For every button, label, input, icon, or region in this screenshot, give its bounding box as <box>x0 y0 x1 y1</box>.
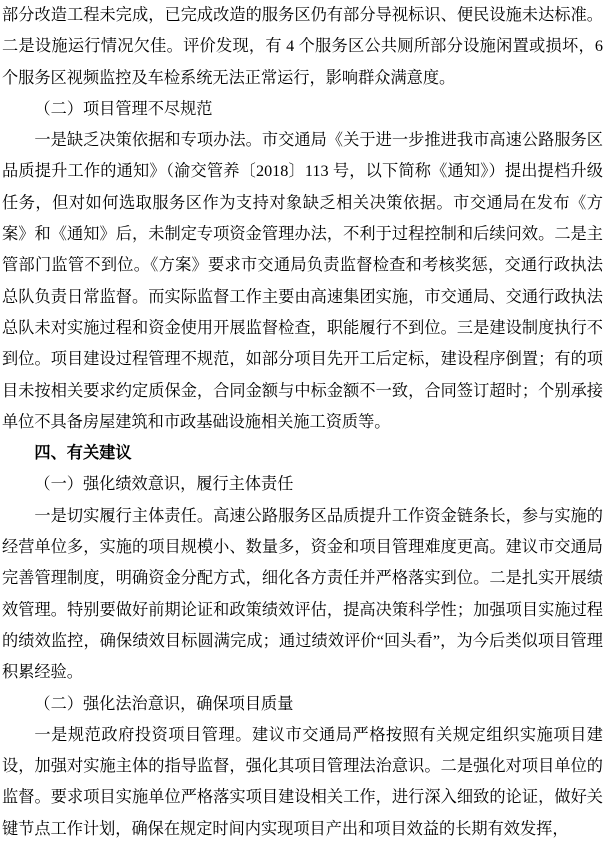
subheading-project-management: （二）项目管理不尽规范 <box>2 94 603 125</box>
paragraph-facility-issues: 部分改造工程未完成，已完成改造的服务区仍有部分导视标识、便民设施未达标准。二是设… <box>2 0 603 94</box>
paragraph-project-management-issues: 一是缺乏决策依据和专项办法。市交通局《关于进一步推进我市高速公路服务区品质提升工… <box>2 125 603 438</box>
document-page: 部分改造工程未完成，已完成改造的服务区仍有部分导视标识、便民设施未达标准。二是设… <box>0 0 605 845</box>
paragraph-performance-recommendation: 一是切实履行主体责任。高速公路服务区品质提升工作资金链条长，参与实施的经营单位多… <box>2 501 603 689</box>
subheading-performance-awareness: （一）强化绩效意识，履行主体责任 <box>2 469 603 500</box>
paragraph-legal-recommendation: 一是规范政府投资项目管理。建议市交通局严格按照有关规定组织实施项目建设，加强对实… <box>2 720 603 845</box>
subheading-legal-awareness: （二）强化法治意识，确保项目质量 <box>2 689 603 720</box>
section-heading-recommendations: 四、有关建议 <box>2 438 603 469</box>
